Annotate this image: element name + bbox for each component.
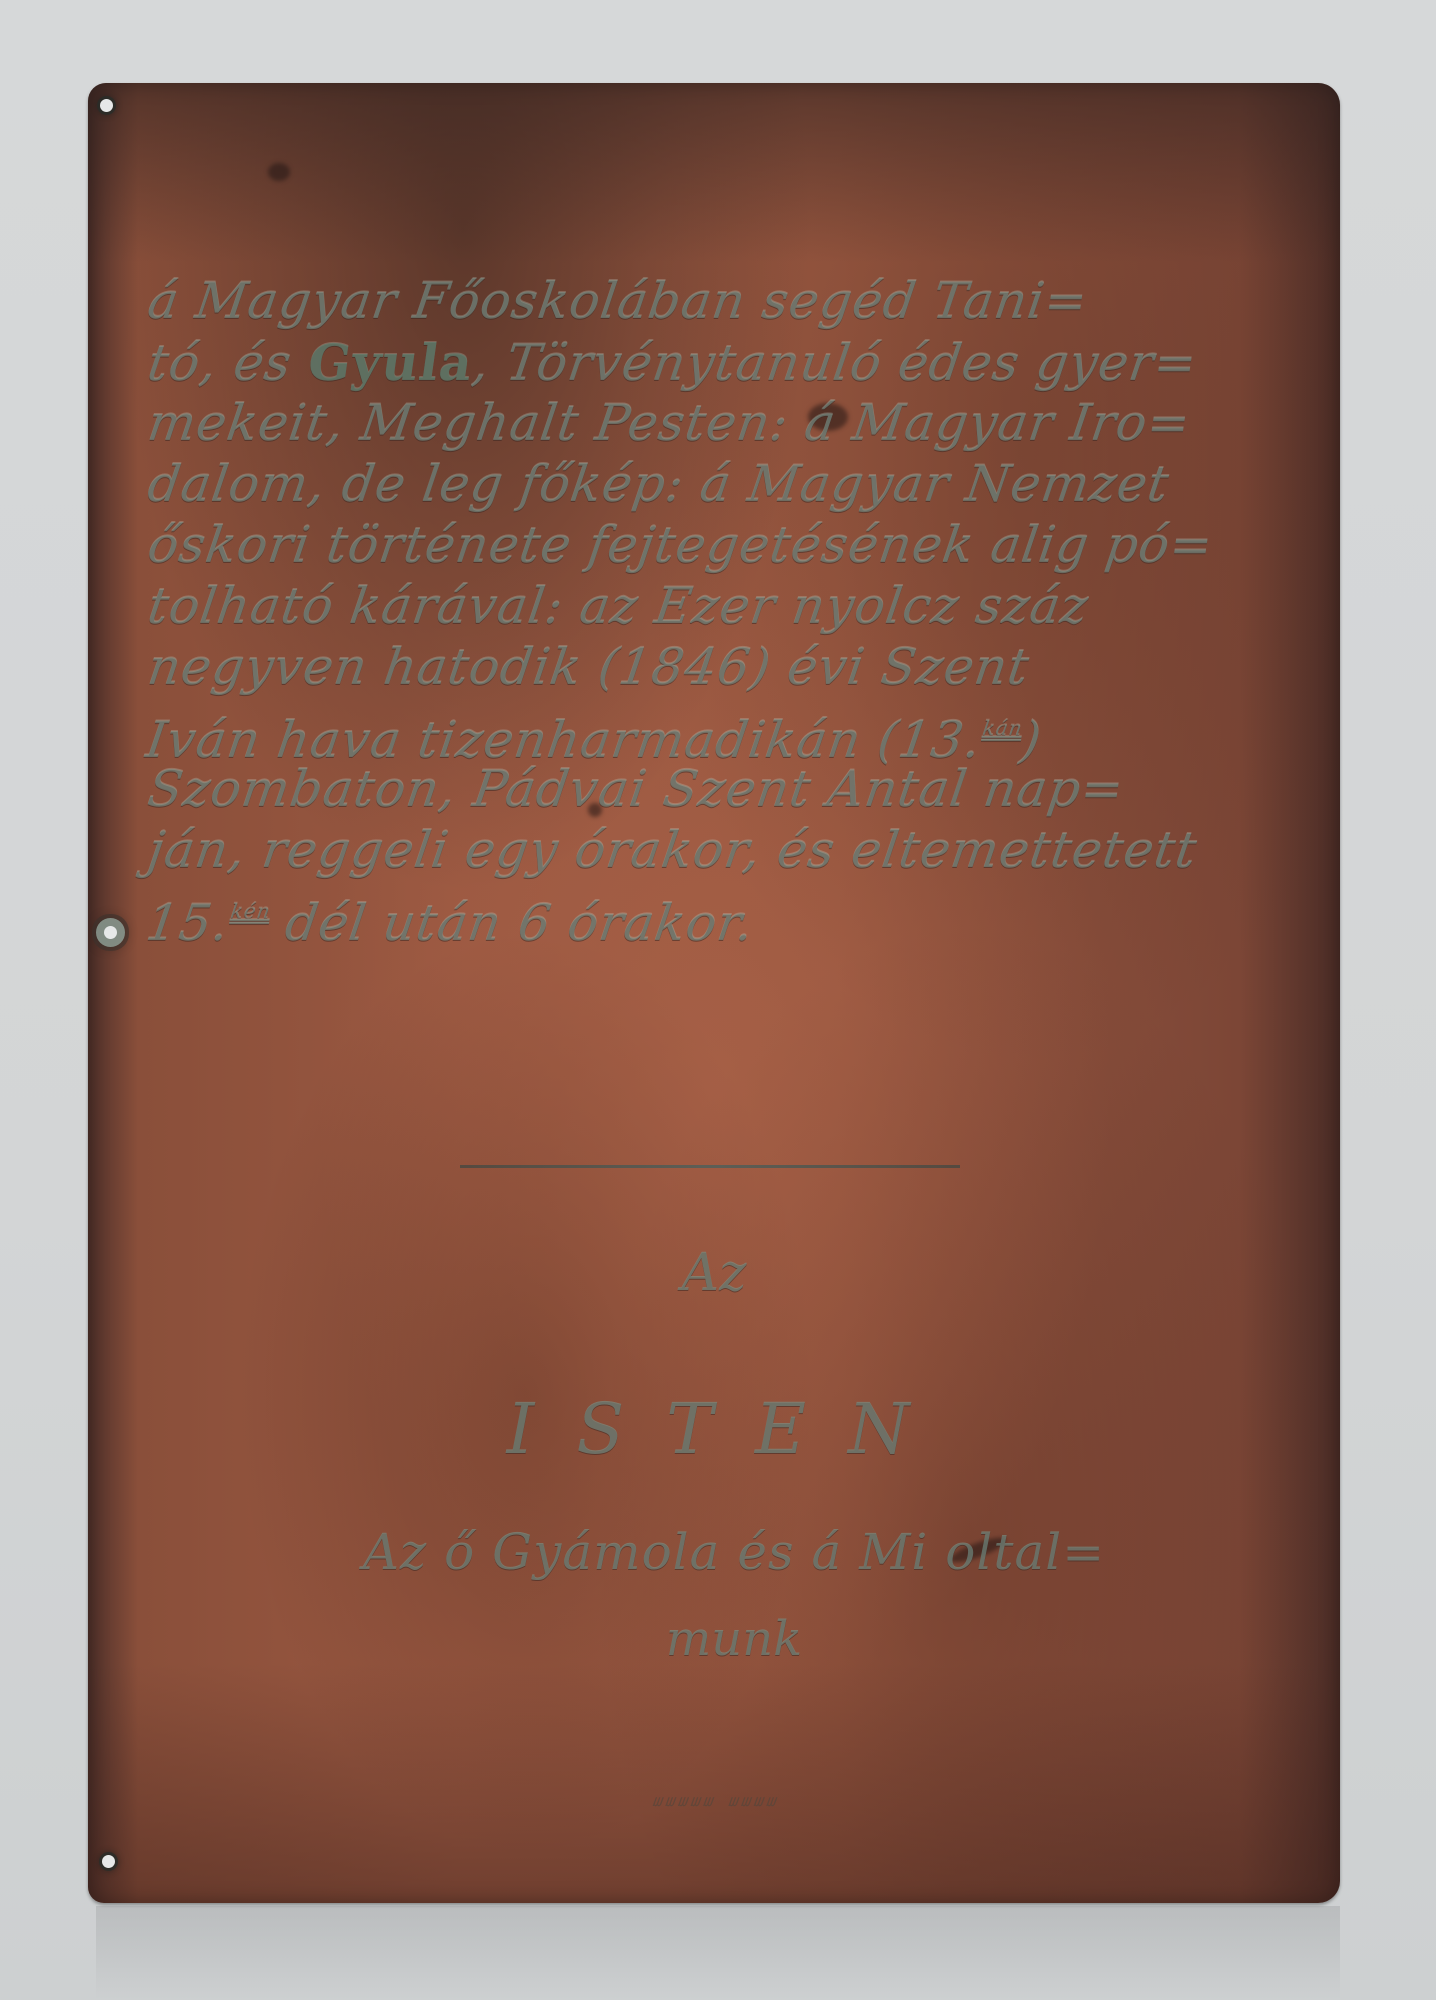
- copper-plate: á Magyar Főoskolában segéd Tani= tó, és …: [88, 83, 1340, 1903]
- tarnish-bottom: [88, 1663, 1340, 1903]
- closing-isten: ISTEN: [88, 1388, 1340, 1470]
- text-span: ján, reggeli egy órakor, és eltemettetet…: [144, 821, 1201, 879]
- mounting-hole-bottom-left: [102, 1855, 115, 1868]
- engraved-line-7: negyven hatodik (1846) évi Szent: [144, 637, 1303, 698]
- engraver-signature: ɯɯɯɯ ɯɯɯɯɯ: [88, 1791, 1340, 1810]
- text-span: tolható kárával: az Ezer nyolcz száz: [144, 577, 1092, 635]
- text-span: negyven hatodik (1846) évi Szent: [144, 638, 1033, 696]
- text-span: dalom, de leg főkép: á Magyar Nemzet: [144, 455, 1173, 513]
- engraved-line-8: Iván hava tizenharmadikán (13.kán): [144, 698, 1303, 759]
- engraved-line-4: dalom, de leg főkép: á Magyar Nemzet: [144, 454, 1303, 515]
- engraved-line-3: mekeit, Meghalt Pesten: á Magyar Iro=: [144, 393, 1303, 454]
- text-span: , Törvénytanuló édes gyer=: [469, 334, 1201, 392]
- text-span: tó, és: [144, 334, 295, 392]
- engraved-line-2: tó, és Gyula, Törvénytanuló édes gyer=: [144, 332, 1303, 393]
- engraved-line-10: ján, reggeli egy órakor, és eltemettetet…: [144, 820, 1303, 881]
- engraved-line-1: á Magyar Főoskolában segéd Tani=: [144, 271, 1303, 332]
- ordinal-suffix: kén: [229, 899, 272, 923]
- engraved-divider-rule: [460, 1165, 960, 1168]
- closing-az: Az: [88, 1243, 1340, 1303]
- mounting-hole-middle-left: [104, 926, 117, 939]
- engraved-line-9: Szombaton, Pádvai Szent Antal nap=: [144, 759, 1303, 820]
- ordinal-suffix: kán: [981, 716, 1024, 740]
- text-span: őskori története fejtegetésének alig pó=: [144, 516, 1217, 574]
- text-span: Szombaton, Pádvai Szent Antal nap=: [144, 760, 1128, 818]
- mounting-hole-top-left: [100, 99, 113, 112]
- engraved-text-block: á Magyar Főoskolában segéd Tani= tó, és …: [144, 271, 1294, 942]
- text-span: dél után 6 órakor.: [265, 894, 758, 952]
- text-span: á Magyar Főoskolában segéd Tani=: [144, 272, 1092, 330]
- closing-line-1: Az ő Gyámola és á Mi oltal=: [88, 1523, 1340, 1581]
- text-span: mekeit, Meghalt Pesten: á Magyar Iro=: [144, 394, 1194, 452]
- engraved-line-11: 15.kén dél után 6 órakor.: [144, 881, 1303, 942]
- floor-reflection: [96, 1906, 1340, 2000]
- text-span: 15.: [143, 894, 234, 952]
- closing-line-2: munk: [88, 1611, 1340, 1667]
- engraved-line-5: őskori története fejtegetésének alig pó=: [144, 515, 1303, 576]
- engraved-line-6: tolható kárával: az Ezer nyolcz száz: [144, 576, 1303, 637]
- tarnish-spot: [268, 163, 290, 181]
- name-gyula: Gyula: [304, 333, 477, 392]
